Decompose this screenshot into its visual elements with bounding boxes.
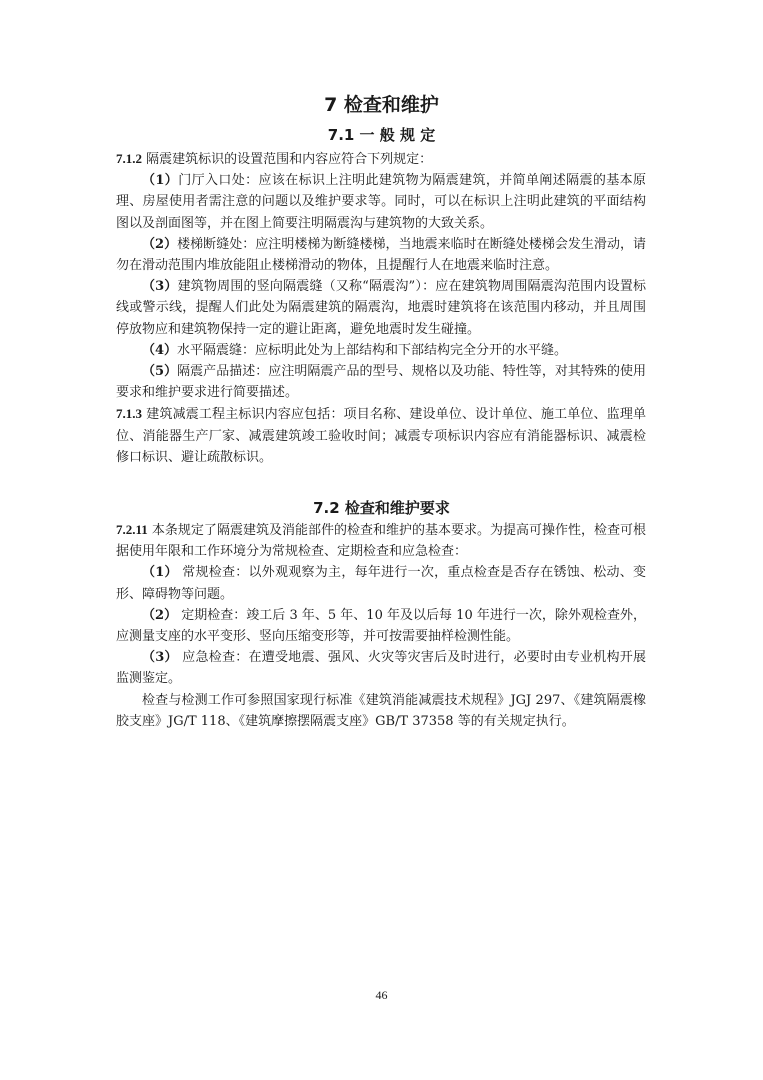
page-number: 46 — [0, 988, 763, 1003]
chapter-title: 7 检查和维护 — [0, 90, 763, 117]
clause-7-1-2: 7.1.2 隔震建筑标识的设置范围和内容应符合下列规定： — [116, 148, 646, 170]
list-item: （1） 常规检查：以外观观察为主，每年进行一次，重点检查是否存在锈蚀、松动、变形… — [116, 562, 646, 604]
section-7-1-body: 7.1.2 隔震建筑标识的设置范围和内容应符合下列规定： （1）门厅入口处：应该… — [116, 148, 646, 468]
section-7-2-title: 7.2 检查和维护要求 — [0, 497, 763, 518]
section-7-2-body: 7.2.11 本条规定了隔震建筑及消能部件的检查和维护的基本要求。为提高可操作性… — [116, 519, 646, 732]
section-7-1-title: 7.1 一 般 规 定 — [0, 124, 763, 145]
clause-7-1-3: 7.1.3 建筑减震工程主标识内容应包括：项目名称、建设单位、设计单位、施工单位… — [116, 403, 646, 468]
list-item: （3） 应急检查：在遭受地震、强风、火灾等灾害后及时进行，必要时由专业机构开展监… — [116, 647, 646, 689]
closing-paragraph: 检查与检测工作可参照国家现行标准《建筑消能减震技术规程》JGJ 297、《建筑隔… — [116, 690, 646, 732]
clause-text: 建筑减震工程主标识内容应包括：项目名称、建设单位、设计单位、施工单位、监理单位、… — [116, 407, 646, 464]
clause-number: 7.2.11 — [116, 522, 148, 537]
clause-number: 7.1.3 — [116, 406, 142, 421]
list-item: （2） 定期检查：竣工后 3 年、5 年、10 年及以后每 10 年进行一次，除… — [116, 605, 646, 647]
list-item: （1）门厅入口处：应该在标识上注明此建筑物为隔震建筑，并简单阐述隔震的基本原理、… — [116, 170, 646, 234]
clause-7-2-11: 7.2.11 本条规定了隔震建筑及消能部件的检查和维护的基本要求。为提高可操作性… — [116, 519, 646, 562]
clause-number: 7.1.2 — [116, 151, 142, 166]
list-item: （3）建筑物周围的竖向隔震缝（又称“隔震沟”）：应在建筑物周围隔震沟范围内设置标… — [116, 276, 646, 340]
list-item: （4）水平隔震缝：应标明此处为上部结构和下部结构完全分开的水平缝。 — [116, 340, 646, 361]
document-page: 7 检查和维护 7.1 一 般 规 定 7.1.2 隔震建筑标识的设置范围和内容… — [0, 0, 763, 1080]
list-item: （5）隔震产品描述：应注明隔震产品的型号、规格以及功能、特性等，对其特殊的使用要… — [116, 361, 646, 403]
list-item: （2）楼梯断缝处：应注明楼梯为断缝楼梯，当地震来临时在断缝处楼梯会发生滑动，请勿… — [116, 234, 646, 276]
clause-text: 本条规定了隔震建筑及消能部件的检查和维护的基本要求。为提高可操作性，检查可根据使… — [116, 523, 646, 559]
clause-text: 隔震建筑标识的设置范围和内容应符合下列规定： — [142, 152, 432, 167]
